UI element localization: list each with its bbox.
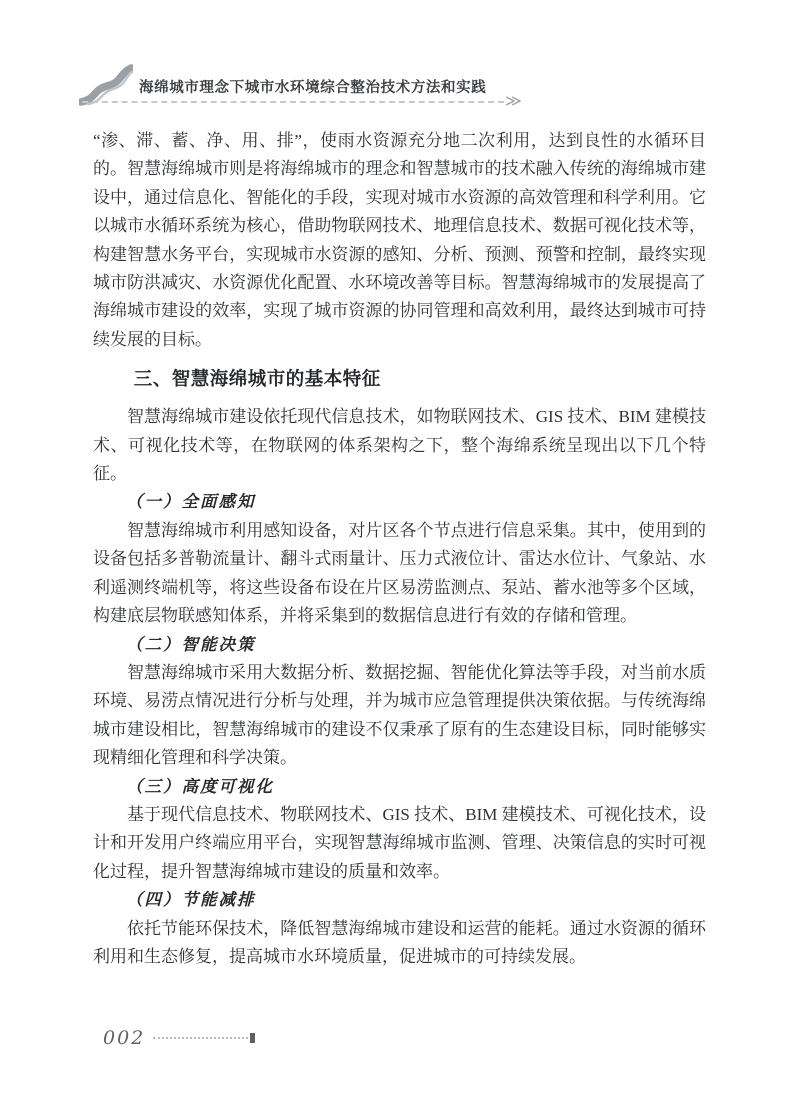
page-body: “渗、滞、蓄、净、用、排”，使雨水资源充分地二次利用，达到良性的水循环目的。智慧… xyxy=(93,127,706,971)
subsection-paragraph-3: 基于现代信息技术、物联网技术、GIS 技术、BIM 建模技术、可视化技术，设计和… xyxy=(93,801,706,886)
subsection-paragraph-4: 依托节能环保技术，降低智慧海绵城市建设和运营的能耗。通过水资源的循环利用和生态修… xyxy=(93,915,706,972)
road-swoosh-icon xyxy=(79,64,133,106)
page-footer: 002 xyxy=(103,1026,255,1050)
book-page: 海绵城市理念下城市水环境综合整治技术方法和实践 ≫ “渗、滞、蓄、净、用、排”，… xyxy=(0,0,799,1114)
subsection-paragraph-1: 智慧海绵城市利用感知设备，对片区各个节点进行信息采集。其中，使用到的设备包括多普… xyxy=(93,517,706,631)
double-chevron-icon: ≫ xyxy=(505,91,522,110)
section-heading: 三、智慧海绵城市的基本特征 xyxy=(93,364,706,394)
header-dashed-divider xyxy=(82,101,504,103)
subsection-paragraph-2: 智慧海绵城市采用大数据分析、数据挖掘、智能优化算法等手段，对当前水质环境、易涝点… xyxy=(93,659,706,773)
page-number: 002 xyxy=(103,1026,145,1050)
subsection-label-4: （四）节能减排 xyxy=(93,886,706,914)
subsection-label-3: （三）高度可视化 xyxy=(93,773,706,801)
subsection-label-2: （二）智能决策 xyxy=(93,631,706,659)
body-paragraph-continuation: “渗、滞、蓄、净、用、排”，使雨水资源充分地二次利用，达到良性的水循环目的。智慧… xyxy=(93,127,706,354)
running-head-title: 海绵城市理念下城市水环境综合整治技术方法和实践 xyxy=(139,76,486,97)
subsection-label-1: （一）全面感知 xyxy=(93,488,706,516)
footer-dotted-divider xyxy=(153,1037,248,1039)
footer-end-cap xyxy=(250,1033,255,1043)
section-intro-paragraph: 智慧海绵城市建设依托现代信息技术，如物联网技术、GIS 技术、BIM 建模技术、… xyxy=(93,403,706,488)
